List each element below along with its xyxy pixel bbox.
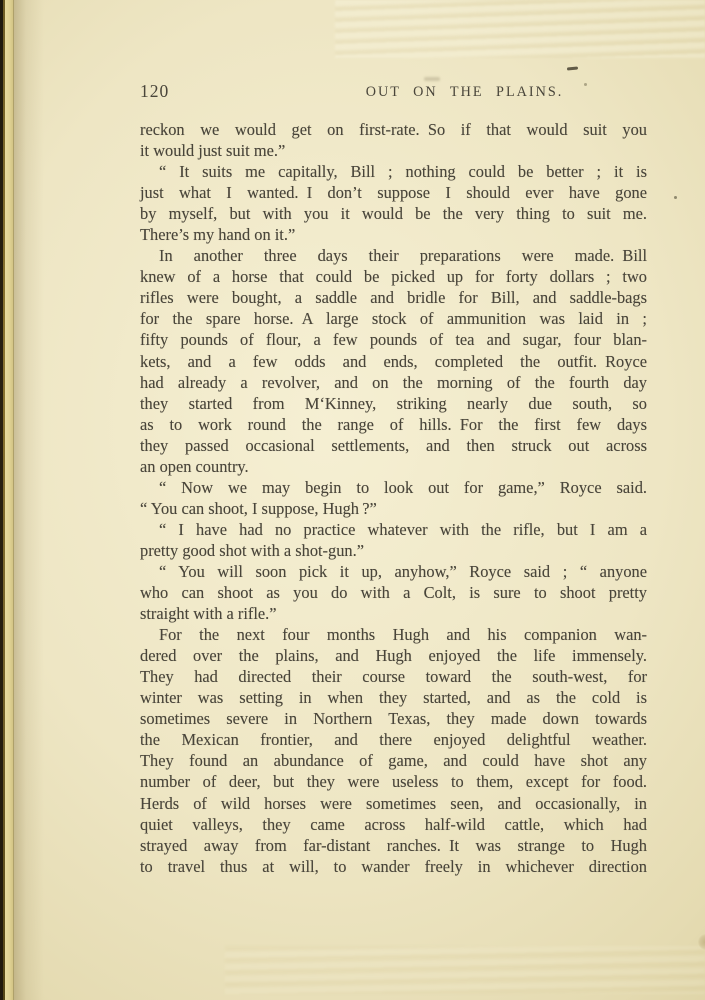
text-line: winter was setting in when they started,… (140, 687, 647, 708)
text-line: kets, and a few odds and ends, completed… (140, 351, 647, 372)
running-title: OUT ON THE PLAINS. (296, 84, 633, 101)
text-line: sometimes severe in Northern Texas, they… (140, 708, 647, 729)
paragraph: In another three days their preparations… (140, 245, 647, 477)
scan-artifact-dash (567, 66, 578, 70)
text-line: “ Now we may begin to look out for game,… (140, 477, 647, 498)
text-line: knew of a horse that could be picked up … (140, 266, 647, 287)
text-line: pretty good shot with a shot-gun.” (140, 540, 647, 561)
text-line: who can shoot as you do with a Colt, is … (140, 582, 647, 603)
text-line: Herds of wild horses were sometimes seen… (140, 793, 647, 814)
text-line: There’s my hand on it.” (140, 224, 647, 245)
paragraph: reckon we would get on first-rate. So if… (140, 119, 647, 161)
text-line: by myself, but with you it would be the … (140, 203, 647, 224)
running-head: 120 OUT ON THE PLAINS. (126, 80, 633, 102)
scan-streaks-bottom (225, 946, 705, 994)
text-line: number of deer, but they were useless to… (140, 771, 647, 792)
text-line: “ You can shoot, I suppose, Hugh ?” (140, 498, 647, 519)
paper-page: 120 OUT ON THE PLAINS. reckon we would g… (14, 0, 705, 1000)
text-line: quiet valleys, they came across half-wil… (140, 814, 647, 835)
text-line: they passed occasional settlements, and … (140, 435, 647, 456)
text-line: reckon we would get on first-rate. So if… (140, 119, 647, 140)
text-line: They found an abundance of game, and cou… (140, 750, 647, 771)
text-line: it would just suit me.” (140, 140, 647, 161)
text-line: dered over the plains, and Hugh enjoyed … (140, 645, 647, 666)
scanned-book-page: 120 OUT ON THE PLAINS. reckon we would g… (0, 0, 705, 1000)
text-line: as to work round the range of hills. For… (140, 414, 647, 435)
text-line: the Mexican frontier, and there enjoyed … (140, 729, 647, 750)
text-line: straight with a rifle.” (140, 603, 647, 624)
paragraph: “ Now we may begin to look out for game,… (140, 477, 647, 519)
scan-streaks-top (335, 0, 705, 58)
text-line: to travel thus at will, to wander freely… (140, 856, 647, 877)
paragraph: “ It suits me capitally, Bill ; nothing … (140, 161, 647, 245)
paragraph: “ You will soon pick it up, anyhow,” Roy… (140, 561, 647, 624)
gutter-shadow (14, 0, 44, 1000)
page-number: 120 (140, 81, 169, 102)
text-line: had already a revolver, and on the morni… (140, 372, 647, 393)
paragraph: “ I have had no practice whatever with t… (140, 519, 647, 561)
page-stack-edge (5, 0, 14, 1000)
paragraph: For the next four months Hugh and his co… (140, 624, 647, 877)
text-line: In another three days their preparations… (140, 245, 647, 266)
text-line: They had directed their course toward th… (140, 666, 647, 687)
text-line: just what I wanted. I don’t suppose I sh… (140, 182, 647, 203)
text-line: rifles were bought, a saddle and bridle … (140, 287, 647, 308)
text-line: fifty pounds of flour, a few pounds of t… (140, 329, 647, 350)
text-line: “ It suits me capitally, Bill ; nothing … (140, 161, 647, 182)
text-line: “ You will soon pick it up, anyhow,” Roy… (140, 561, 647, 582)
text-line: strayed away from far-distant ranches. I… (140, 835, 647, 856)
text-line: For the next four months Hugh and his co… (140, 624, 647, 645)
page-body-text: reckon we would get on first-rate. So if… (140, 119, 647, 877)
text-line: “ I have had no practice whatever with t… (140, 519, 647, 540)
text-line: an open country. (140, 456, 647, 477)
scan-artifact-speck (674, 196, 677, 199)
text-line: they started from M‘Kinney, striking nea… (140, 393, 647, 414)
text-line: for the spare horse. A large stock of am… (140, 308, 647, 329)
